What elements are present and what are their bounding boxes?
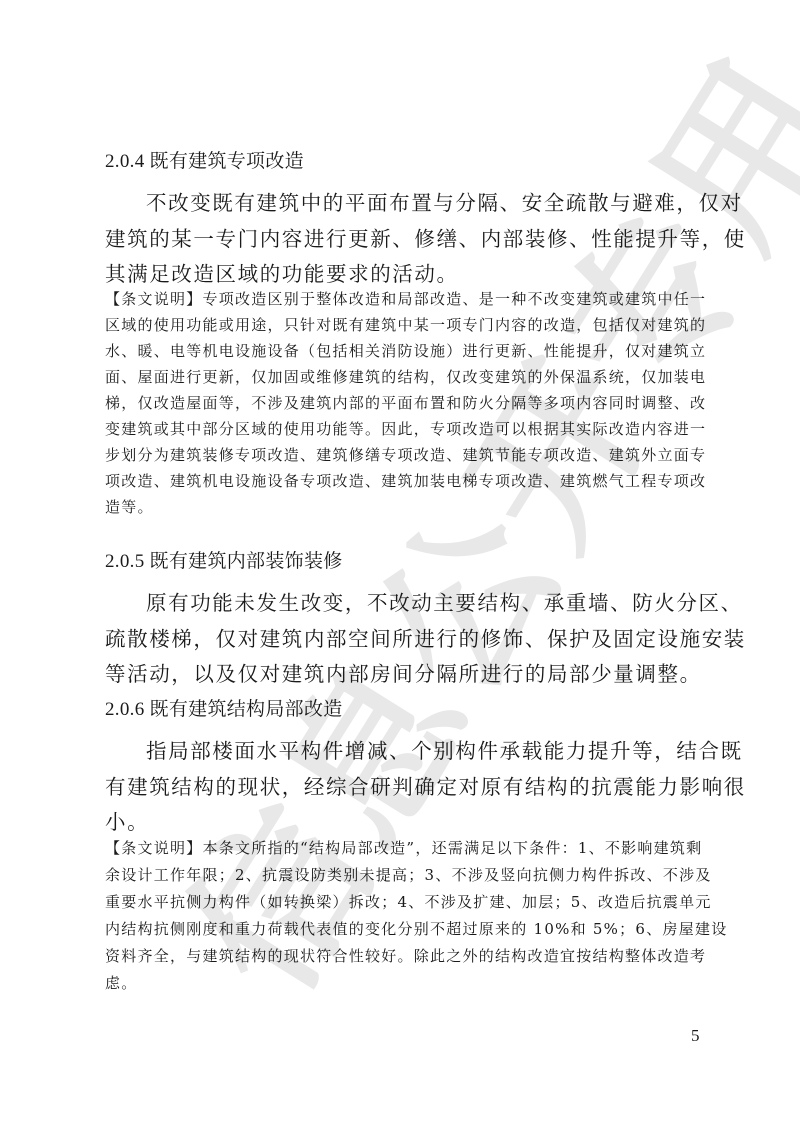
clause-note-line: 余设计工作年限；2、抗震设防类别未提高；3、不涉及竖向抗侧力构件拆改、不涉及: [105, 864, 701, 885]
clause-note-line: 【条文说明】专项改造区别于整体改造和局部改造、是一种不改变建筑或建筑中任一: [105, 288, 701, 309]
section-heading-2-0-5: 2.0.5 既有建筑内部装饰装修: [105, 546, 701, 573]
section-heading-2-0-6: 2.0.6 既有建筑结构局部改造: [105, 694, 701, 721]
body-line: 有建筑结构的现状，经综合研判确定对原有结构的抗震能力影响很: [105, 770, 701, 800]
clause-note-line: 重要水平抗侧力构件（如转换梁）拆改；4、不涉及扩建、加层；5、改造后抗震单元: [105, 891, 701, 912]
body-line: 建筑的某一专门内容进行更新、修缮、内部装修、性能提升等，使: [105, 222, 701, 252]
clause-note-line: 步划分为建筑装修专项改造、建筑修缮专项改造、建筑节能专项改造、建筑外立面专: [105, 444, 701, 465]
body-line: 原有功能未发生改变，不改动主要结构、承重墙、防火分区、: [146, 586, 701, 616]
clause-note-line: 【条文说明】本条文所指的“结构局部改造”，还需满足以下条件：1、不影响建筑剩: [105, 837, 701, 858]
body-line: 疏散楼梯，仅对建筑内部空间所进行的修饰、保护及固定设施安装: [105, 622, 701, 652]
body-line: 其满足改造区域的功能要求的活动。: [105, 257, 701, 287]
section-heading-2-0-4: 2.0.4 既有建筑专项改造: [105, 146, 701, 173]
page-number: 5: [691, 1026, 700, 1046]
clause-note-line: 内结构抗侧刚度和重力荷载代表值的变化分别不超过原来的 10%和 5%；6、房屋建…: [105, 918, 701, 939]
clause-note-line: 虑。: [105, 972, 701, 993]
clause-note-line: 面、屋面进行更新，仅加固或维修建筑的结构，仅改变建筑的外保温系统，仅加装电: [105, 366, 701, 387]
body-line: 指局部楼面水平构件增减、个别构件承载能力提升等，结合既: [146, 734, 701, 764]
body-line: 小。: [105, 805, 701, 835]
clause-note-line: 项改造、建筑机电设施设备专项改造、建筑加装电梯专项改造、建筑燃气工程专项改: [105, 470, 701, 491]
clause-note-line: 梯，仅改造屋面等，不涉及建筑内部的平面布置和防火分隔等多项内容同时调整、改: [105, 392, 701, 413]
clause-note-line: 变建筑或其中部分区域的使用功能等。因此，专项改造可以根据其实际改造内容进一: [105, 418, 701, 439]
clause-note-line: 造等。: [105, 496, 701, 517]
body-line: 等活动，以及仅对建筑内部房间分隔所进行的局部少量调整。: [105, 657, 701, 687]
clause-note-line: 水、暖、电等机电设施设备（包括相关消防设施）进行更新、性能提升，仅对建筑立: [105, 340, 701, 361]
clause-note-line: 区域的使用功能或用途，只针对既有建筑中某一项专门内容的改造，包括仅对建筑的: [105, 314, 701, 335]
clause-note-line: 资料齐全，与建筑结构的现状符合性较好。除此之外的结构改造宜按结构整体改造考: [105, 945, 701, 966]
body-line: 不改变既有建筑中的平面布置与分隔、安全疏散与避难，仅对: [146, 186, 701, 216]
